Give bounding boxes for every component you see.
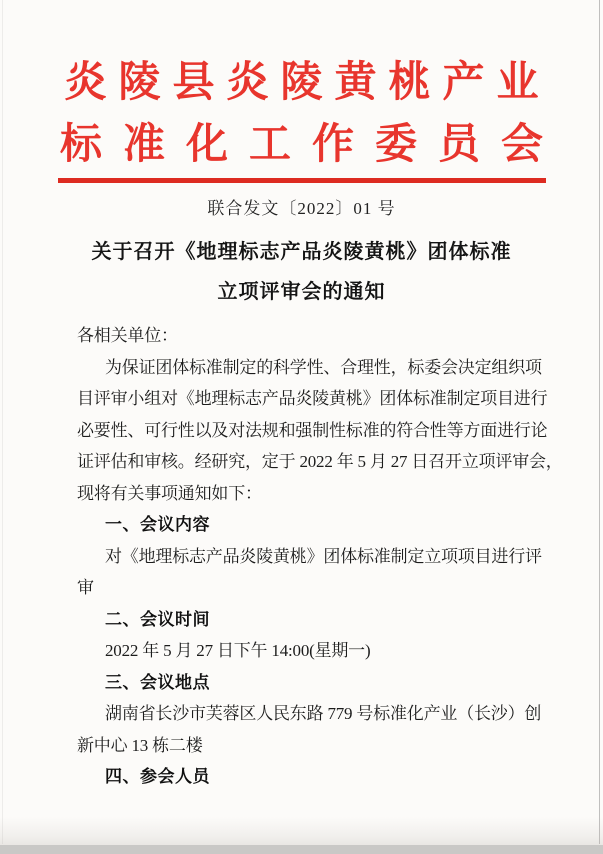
section-1-line-2: 审 (77, 572, 537, 604)
intro-line-2: 目评审小组对《地理标志产品炎陵黄桃》团体标准制定项目进行 (77, 383, 537, 415)
document-title-line1: 关于召开《地理标志产品炎陵黄桃》团体标准 (0, 232, 603, 272)
section-2-heading: 二、会议时间 (77, 604, 537, 636)
intro-line-5: 现将有关事项通知如下： (77, 478, 537, 510)
section-3-line-1: 湖南省长沙市芙蓉区人民东路 779 号标准化产业（长沙）创 (77, 698, 537, 730)
section-4-heading: 四、参会人员 (77, 761, 537, 793)
section-3-heading: 三、会议地点 (77, 667, 537, 699)
letterhead-line1: 炎陵县炎陵黄桃产业 (0, 52, 603, 114)
section-2-line-1: 2022 年 5 月 27 日下午 14:00(星期一) (77, 635, 537, 667)
scan-edge-right (599, 0, 600, 844)
document-body: 各相关单位： 为保证团体标准制定的科学性、合理性，标委会决定组织项 目评审小组对… (0, 320, 603, 793)
intro-line-3: 必要性、可行性以及对法规和强制性标准的符合性等方面进行论 (77, 415, 537, 447)
letterhead-divider (58, 178, 546, 183)
letterhead-line2: 标准化工作委员会 (0, 114, 603, 176)
document-title: 关于召开《地理标志产品炎陵黄桃》团体标准 立项评审会的通知 (0, 232, 603, 312)
scan-edge-left (2, 0, 3, 844)
salutation: 各相关单位： (77, 320, 537, 352)
intro-line-4: 证评估和审核。经研究，定于 2022 年 5 月 27 日召开立项评审会， (77, 446, 537, 478)
letterhead: 炎陵县炎陵黄桃产业 标准化工作委员会 (0, 52, 603, 176)
intro-line-1: 为保证团体标准制定的科学性、合理性，标委会决定组织项 (77, 352, 537, 384)
doc-number: 联合发文〔2022〕01 号 (0, 198, 603, 220)
scan-bottom-band (0, 845, 603, 854)
scan-bottom-shadow (0, 817, 603, 845)
section-1-line-1: 对《地理标志产品炎陵黄桃》团体标准制定立项项目进行评 (77, 541, 537, 573)
document-page: 炎陵县炎陵黄桃产业 标准化工作委员会 联合发文〔2022〕01 号 关于召开《地… (0, 0, 603, 854)
section-1-heading: 一、会议内容 (77, 509, 537, 541)
section-3-line-2: 新中心 13 栋二楼 (77, 730, 537, 762)
document-title-line2: 立项评审会的通知 (0, 272, 603, 312)
